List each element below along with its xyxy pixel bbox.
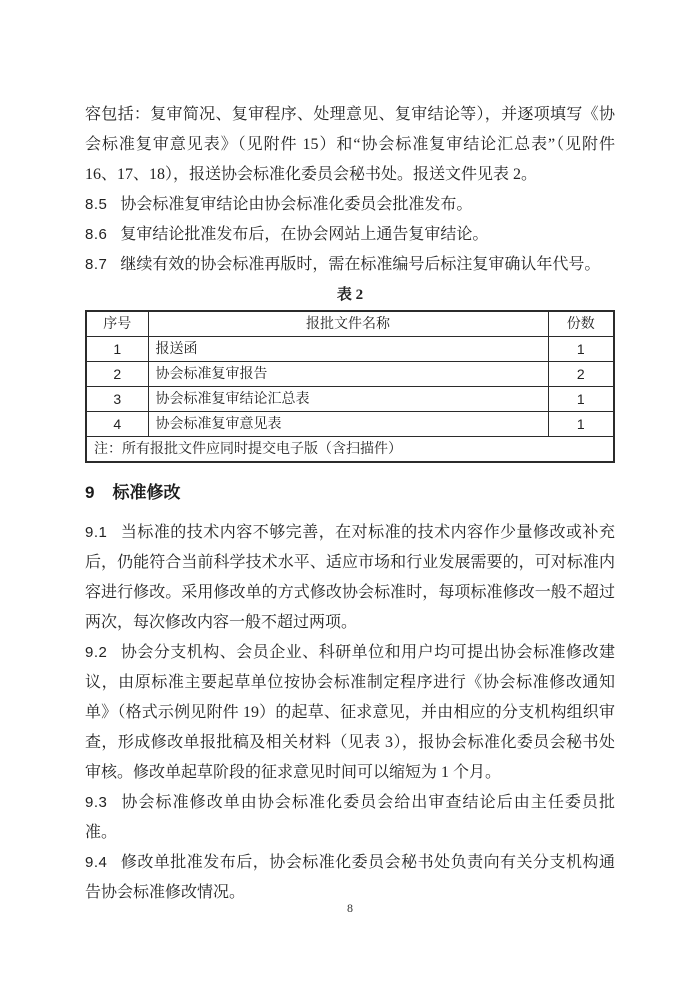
table-row: 3 协会标准复审结论汇总表 1 [86,387,614,412]
clause-text: 协会分支机构、会员企业、科研单位和用户均可提出协会标准修改建议，由原标准主要起草… [85,644,615,781]
header-doc-name: 报批文件名称 [148,311,548,337]
clause-number: 9.2 [85,644,107,661]
section-title: 标准修改 [112,483,180,502]
cell-copies: 1 [548,337,614,362]
clause-number: 8.5 [85,196,107,213]
cell-doc-name: 协会标准复审意见表 [148,412,548,437]
clause-text: 协会标准复审结论由协会标准化委员会批准发布。 [120,196,472,213]
section-number: 9 [85,483,94,502]
cell-seq: 4 [86,412,148,437]
clause-text: 协会标准修改单由协会标准化委员会给出审查结论后由主任委员批准。 [85,794,615,841]
clause-number: 9.3 [85,794,107,811]
clause-9-1: 9.1当标准的技术内容不够完善，在对标准的技术内容作少量修改或补充后，仍能符合当… [85,518,615,638]
document-page: 容包括：复审简况、复审程序、处理意见、复审结论等），并逐项填写《协会标准复审意见… [0,0,700,990]
clause-number: 9.4 [85,854,107,871]
table-2: 序号 报批文件名称 份数 1 报送函 1 2 协会标准复审报告 2 3 协会标准… [85,310,615,463]
clause-text: 修改单批准发布后，协会标准化委员会秘书处负责向有关分支机构通告协会标准修改情况。 [85,854,615,901]
clause-text: 当标准的技术内容不够完善，在对标准的技术内容作少量修改或补充后，仍能符合当前科学… [85,524,615,631]
clause-text: 复审结论批准发布后，在协会网站上通告复审结论。 [120,226,488,243]
page-number: 8 [0,901,700,916]
cell-copies: 1 [548,387,614,412]
clause-number: 9.1 [85,524,107,541]
cell-seq: 2 [86,362,148,387]
clause-8-5: 8.5协会标准复审结论由协会标准化委员会批准发布。 [85,190,615,220]
table-caption: 表 2 [85,280,615,310]
cell-seq: 1 [86,337,148,362]
clause-8-6: 8.6复审结论批准发布后，在协会网站上通告复审结论。 [85,220,615,250]
section-9-heading: 9标准修改 [85,478,615,508]
table-row: 1 报送函 1 [86,337,614,362]
cell-doc-name: 报送函 [148,337,548,362]
clause-number: 8.6 [85,226,107,243]
cell-doc-name: 协会标准复审结论汇总表 [148,387,548,412]
clause-text: 继续有效的协会标准再版时，需在标准编号后标注复审确认年代号。 [120,256,600,273]
cell-copies: 1 [548,412,614,437]
clause-8-7: 8.7继续有效的协会标准再版时，需在标准编号后标注复审确认年代号。 [85,250,615,280]
intro-paragraph: 容包括：复审简况、复审程序、处理意见、复审结论等），并逐项填写《协会标准复审意见… [85,100,615,190]
clause-9-3: 9.3协会标准修改单由协会标准化委员会给出审查结论后由主任委员批准。 [85,788,615,848]
cell-doc-name: 协会标准复审报告 [148,362,548,387]
clause-9-2: 9.2协会分支机构、会员企业、科研单位和用户均可提出协会标准修改建议，由原标准主… [85,638,615,788]
cell-copies: 2 [548,362,614,387]
header-seq: 序号 [86,311,148,337]
clause-9-4: 9.4修改单批准发布后，协会标准化委员会秘书处负责向有关分支机构通告协会标准修改… [85,848,615,908]
header-copies: 份数 [548,311,614,337]
page-content: 容包括：复审简况、复审程序、处理意见、复审结论等），并逐项填写《协会标准复审意见… [85,100,615,908]
table-row: 4 协会标准复审意见表 1 [86,412,614,437]
table-note-row: 注：所有报批文件应同时提交电子版（含扫描件） [86,437,614,463]
table-header-row: 序号 报批文件名称 份数 [86,311,614,337]
table-row: 2 协会标准复审报告 2 [86,362,614,387]
cell-seq: 3 [86,387,148,412]
clause-number: 8.7 [85,256,107,273]
table-note: 注：所有报批文件应同时提交电子版（含扫描件） [86,437,614,463]
